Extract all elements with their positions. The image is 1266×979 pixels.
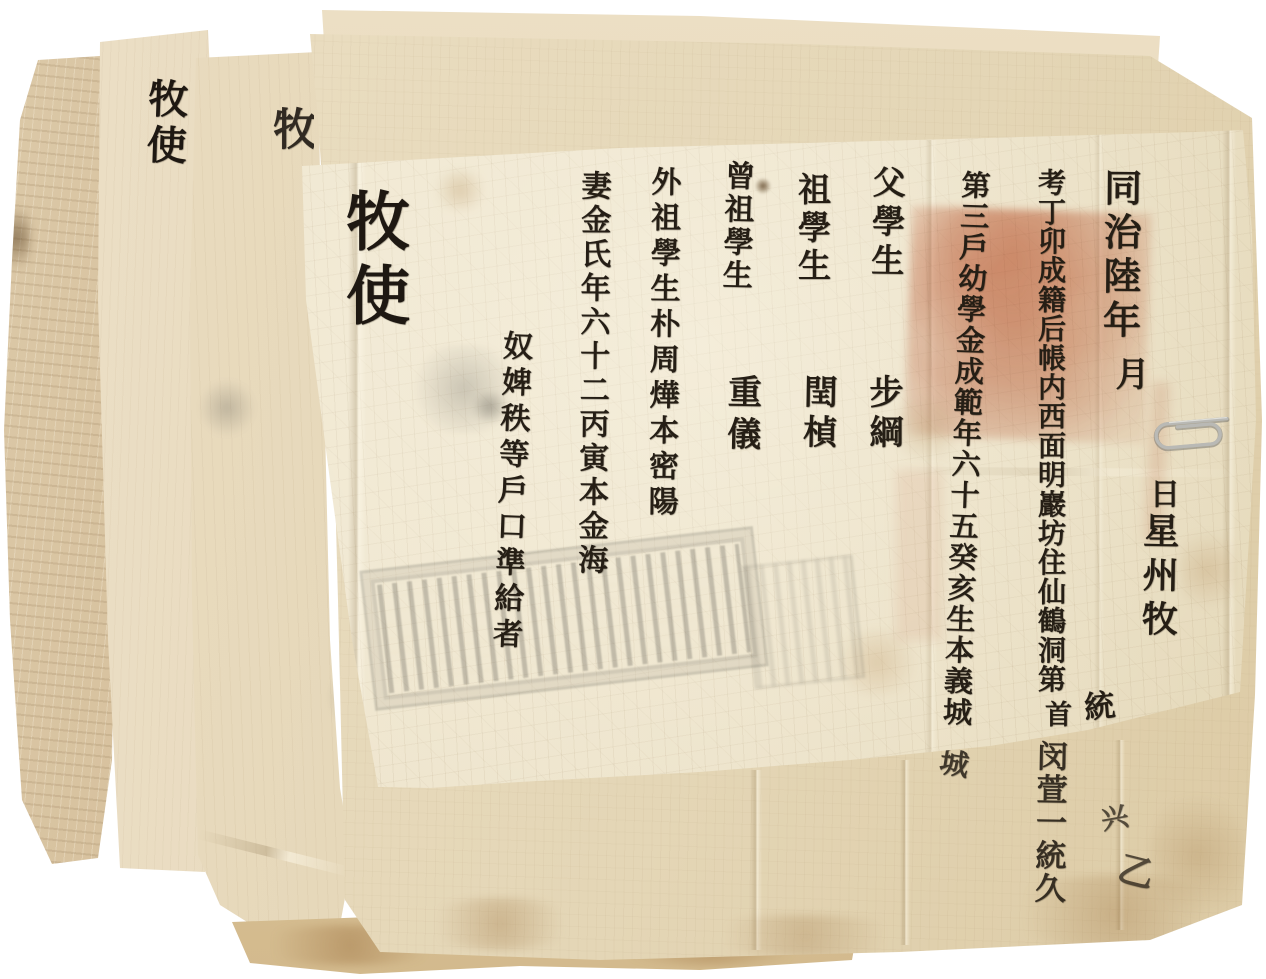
col-great-grandfather-name: 重儀 (723, 374, 758, 459)
under-edge-column: 闵萱一統久 (1031, 740, 1065, 906)
col-grandfather-label: 祖學生 (796, 172, 829, 286)
col-maternal-grandfather: 外祖學生朴周燁本密陽 (644, 166, 677, 521)
col-register-line: 考丁卯成籍后帳内西面明巖坊住仙鶴洞第 (1036, 168, 1064, 694)
col-great-grandfather-label: 曾祖學生 (718, 160, 751, 293)
dark-edge-stain (0, 195, 30, 280)
col-father-label: 父學生 (869, 165, 904, 283)
col-wife-line: 妻金氏年六十二丙寅本金海 (574, 170, 608, 578)
col-day: 日 (1146, 478, 1176, 508)
ink-spot (755, 178, 771, 194)
col-issuer: 星州牧 (1139, 512, 1177, 645)
bottom-band-stain (700, 915, 910, 957)
paper-stain (1180, 520, 1235, 620)
black-official-stamp (359, 526, 768, 711)
bottom-band-stain (420, 898, 580, 950)
paper-fold (900, 760, 910, 945)
signature-title: 牧使 (340, 188, 404, 336)
col-month: 月 (1112, 356, 1146, 390)
col-era-year: 同治陸年 (1099, 168, 1139, 344)
ink-bleed-smudge (198, 380, 256, 436)
red-seal-streak (896, 470, 942, 640)
col-grandfather-name: 閏楨 (799, 374, 834, 455)
cipher-mark: 兴 (1096, 802, 1127, 833)
black-stamp-echo (742, 555, 865, 690)
paper-stain (430, 170, 490, 210)
back-sheet-title: 牧使 (142, 77, 185, 170)
partial-character: 牧 (268, 106, 312, 150)
col-father-name: 步綱 (866, 374, 900, 454)
col-tong: 統 (1079, 689, 1113, 723)
stamp-glyph-bars (377, 544, 751, 694)
right-edge-stain (1150, 790, 1245, 920)
paperclip (1136, 400, 1241, 466)
photo-of-stacked-documents: 牧使 牧 城 闵萱一統久 兴 乙 (0, 0, 1266, 979)
col-su: 首 (1042, 700, 1069, 727)
paper-fold (197, 829, 351, 876)
